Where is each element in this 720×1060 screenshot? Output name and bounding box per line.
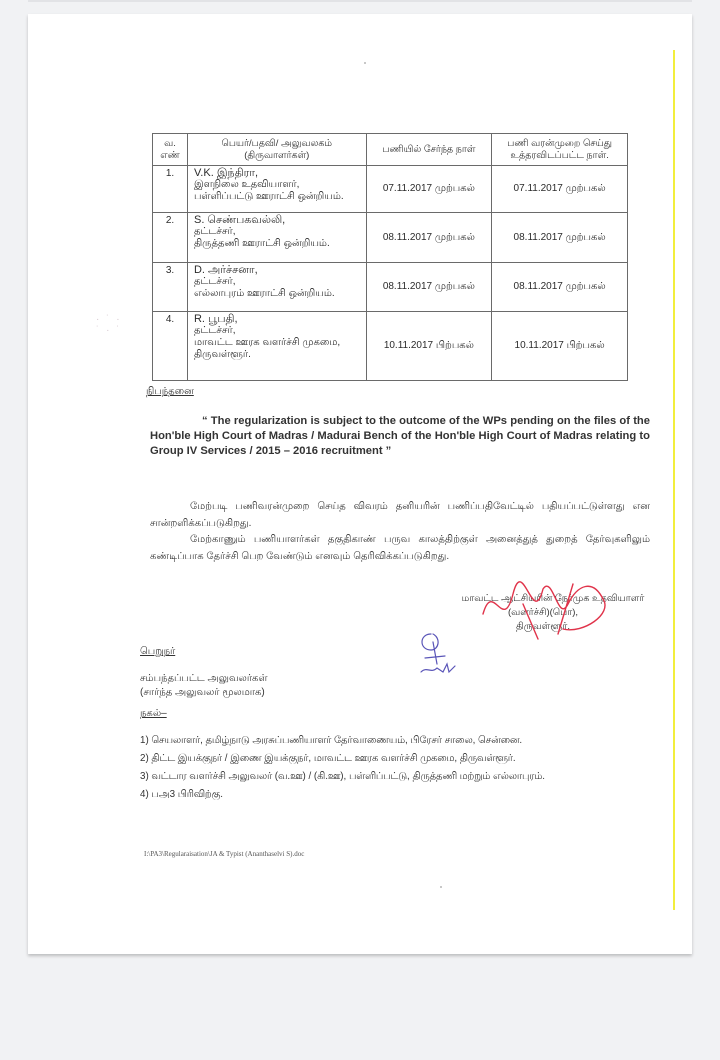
cell-regularization-date: 08.11.2017 முற்பகல் [492,213,628,263]
cell-serial: 1. [153,166,188,213]
exam-instruction-paragraph: மேற்காணும் பணியாளர்கள் தகுதிகாண் பருவ கா… [150,531,650,565]
list-item: 2) திட்ட இயக்குநர் / இணை இயக்குநர், மாவட… [140,750,545,768]
cell-join-date: 08.11.2017 முற்பகல் [366,213,492,263]
cell-join-date: 08.11.2017 முற்பகல் [366,263,492,312]
scan-dot [440,886,442,888]
cell-join-date: 07.11.2017 முற்பகல் [366,166,492,213]
copy-heading: நகல்– [140,708,167,720]
table-header-row: வ. எண் பெயர்/பதவி/ அலுவலகம் (திருவாளர்கள… [153,134,628,166]
cell-serial: 4. [153,312,188,381]
copy-to-list: 1) செயலாளர், தமிழ்நாடு அரசுப்பணியாளர் தே… [140,732,545,804]
regularization-table: வ. எண் பெயர்/பதவி/ அலுவலகம் (திருவாளர்கள… [152,133,628,381]
cell-name: R. பூபதி, தட்டச்சர், மாவட்ட ஊரக வளர்ச்சி… [187,312,366,381]
cell-name: D. அர்ச்சனா, தட்டச்சர், எல்லாபுரம் ஊராட்… [187,263,366,312]
cell-regularization-date: 07.11.2017 முற்பகல் [492,166,628,213]
recipient-block: சம்பந்தப்பட்ட அலுவலர்கள் (சார்ந்த அலுவலர… [140,672,267,700]
table-row: 3. D. அர்ச்சனா, தட்டச்சர், எல்லாபுரம் ஊர… [153,263,628,312]
table-row: 1. V.K. இந்திரா, இளநிலை உதவியாளர், பள்ளி… [153,166,628,213]
condition-quote: “ The regularization is subject to the o… [150,414,650,459]
header-join-date: பணியில் சேர்ந்த நாள் [366,134,492,166]
list-item: 3) வட்டார வளர்ச்சி அலுவலர் (வ.ஊ) / (கி.ஊ… [140,768,545,786]
table-row: 2. S. செண்பகவல்லி, தட்டச்சர், திருத்தணி … [153,213,628,263]
file-path-footer: I:\PA3\Regularaisation\JA & Typist (Anan… [144,850,304,858]
cell-regularization-date: 08.11.2017 முற்பகல் [492,263,628,312]
list-item: 4) பஅ3 பிரிவிற்கு. [140,786,545,804]
cell-regularization-date: 10.11.2017 பிற்பகல் [492,312,628,381]
certification-paragraph: மேற்படி பணிவரன்முறை செய்த விவரம் தனியரின… [150,498,650,532]
list-item: 1) செயலாளர், தமிழ்நாடு அரசுப்பணியாளர் தே… [140,732,545,750]
condition-heading: நிபந்தனை [146,386,194,398]
cell-name: S. செண்பகவல்லி, தட்டச்சர், திருத்தணி ஊரா… [187,213,366,263]
highlighter-line [673,50,675,910]
cell-serial: 2. [153,213,188,263]
document-page: · ˙ ·˙ · ˙ வ. எண் பெயர்/பதவி/ அலுவலகம் (… [28,14,692,954]
header-name: பெயர்/பதவி/ அலுவலகம் (திருவாளர்கள்) [187,134,366,166]
scan-dot [364,62,366,64]
recipient-heading: பெறுநர் [140,646,175,658]
blue-initials-icon [413,628,473,678]
cell-name: V.K. இந்திரா, இளநிலை உதவியாளர், பள்ளிப்ப… [187,166,366,213]
table-row: 4. R. பூபதி, தட்டச்சர், மாவட்ட ஊரக வளர்ச… [153,312,628,381]
cell-join-date: 10.11.2017 பிற்பகல் [366,312,492,381]
cell-serial: 3. [153,263,188,312]
previous-page-edge [28,0,692,2]
red-signature-icon [463,574,623,644]
header-regularization-date: பணி வரன்முறை செய்து உத்தரவிடப்பட்ட நாள். [492,134,628,166]
header-serial: வ. எண் [153,134,188,166]
